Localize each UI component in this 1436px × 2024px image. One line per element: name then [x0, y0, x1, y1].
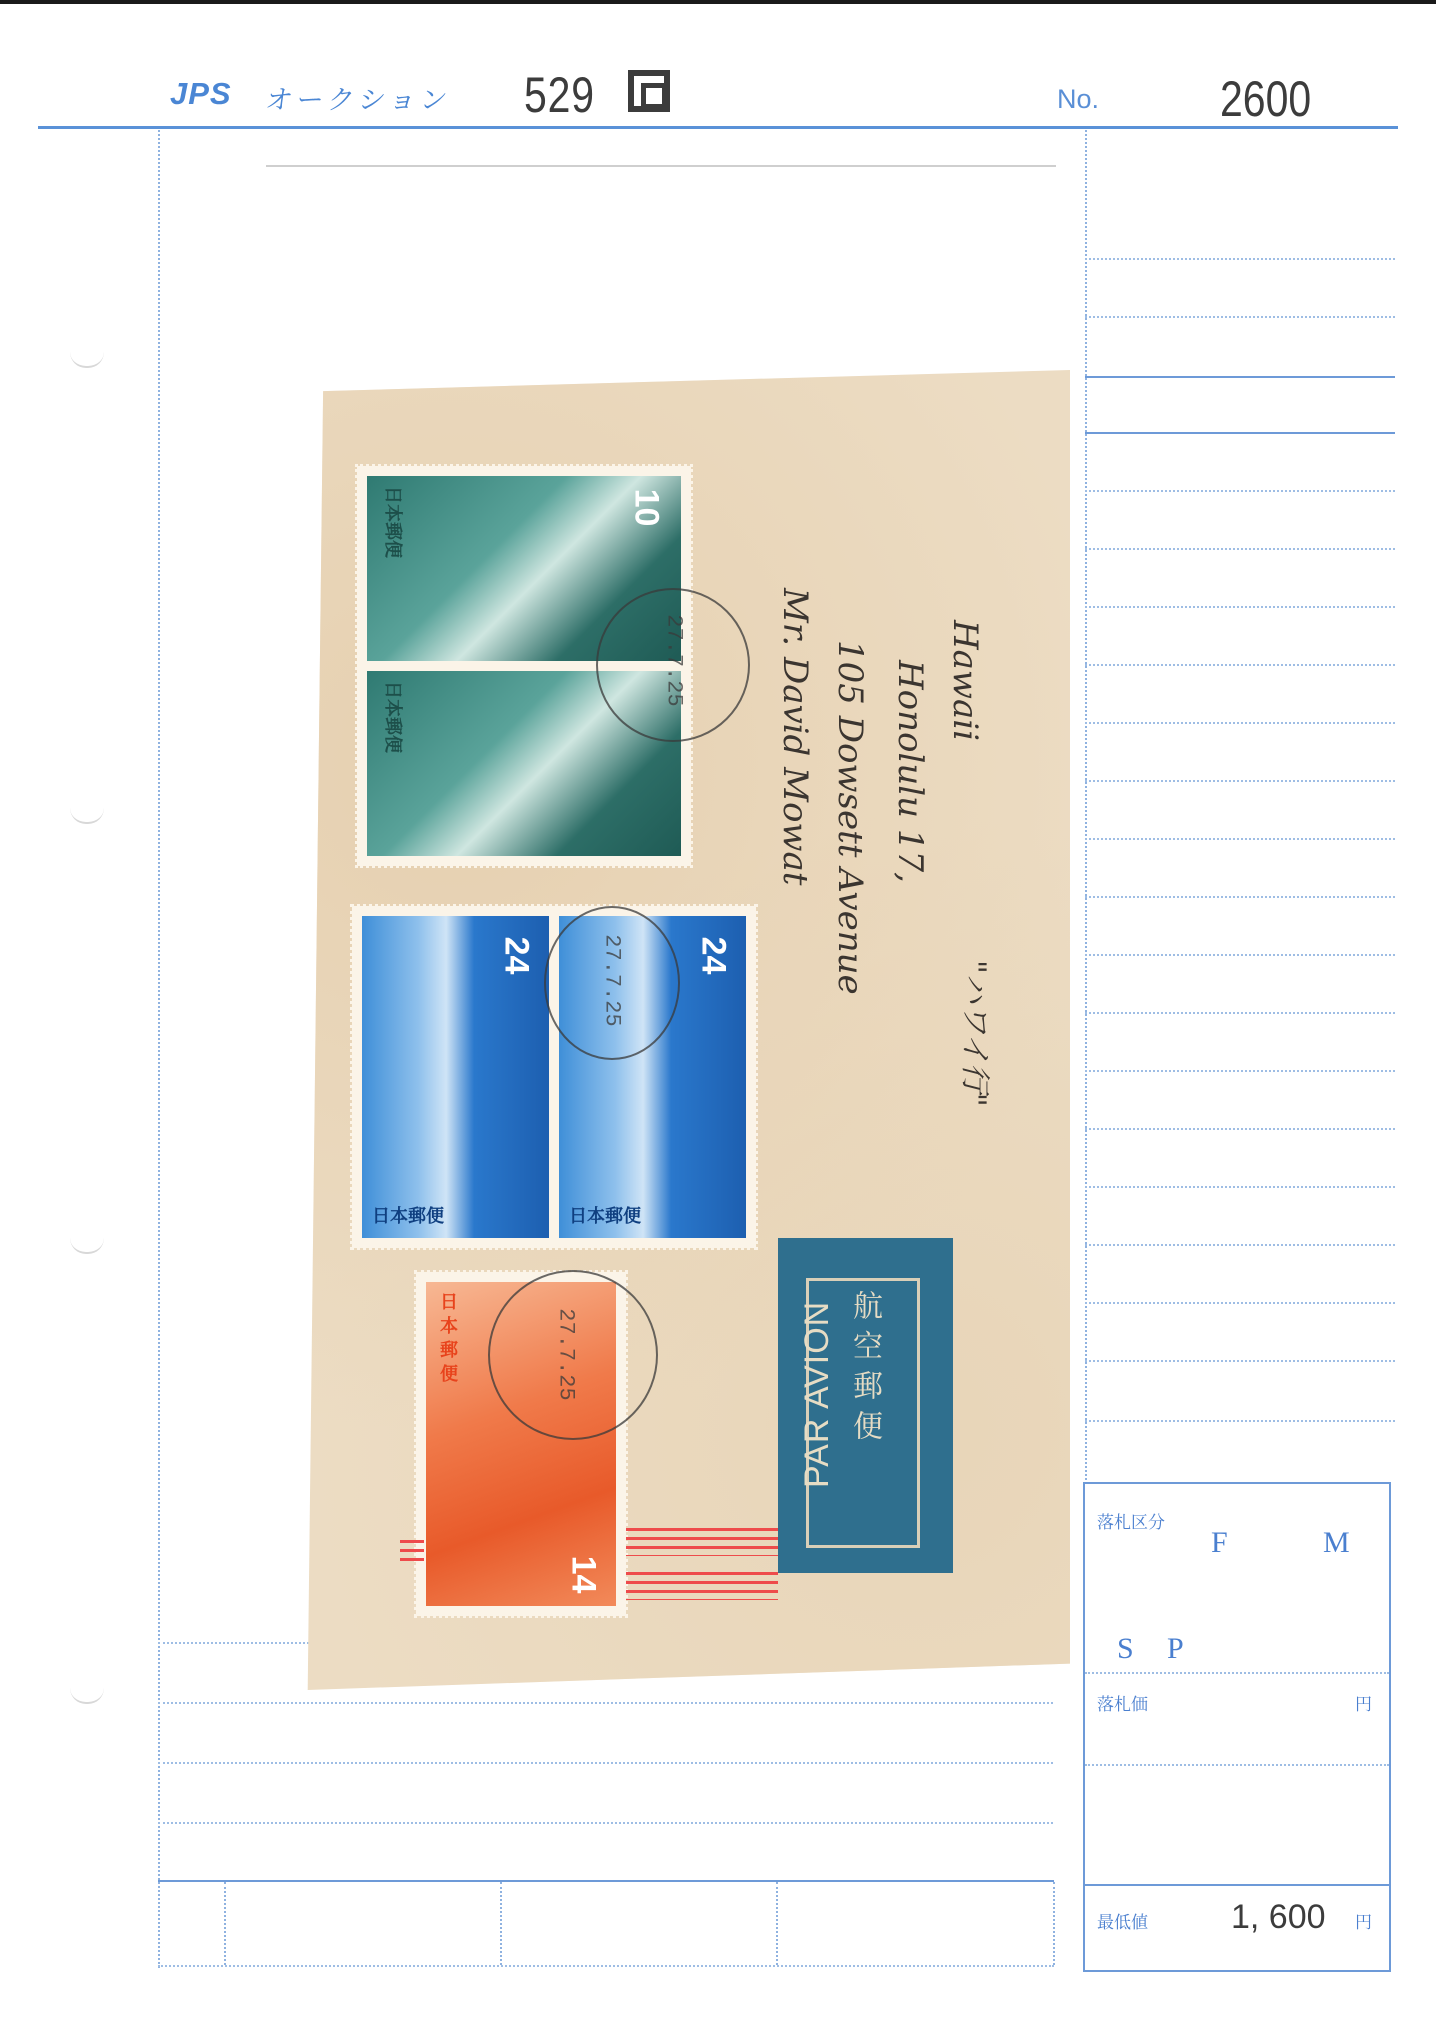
ruled-line: [1085, 896, 1395, 898]
ruled-line: [1085, 548, 1395, 550]
address-line-3: Honolulu 17,: [890, 660, 930, 883]
stamp-denomination: 24: [694, 937, 733, 975]
airmail-stripes: [400, 1540, 424, 1564]
bid-box-rule: [1085, 1884, 1389, 1886]
ruled-line: [1085, 258, 1395, 260]
stamp-inscription: 日本郵便: [434, 1292, 460, 1388]
punch-hole: [70, 808, 104, 824]
postmark-date: 27.7.25: [662, 614, 687, 706]
grid-divider: [500, 1882, 502, 1965]
grade-f[interactable]: F: [1211, 1526, 1228, 1560]
stamp-inscription: 日本郵便: [372, 1202, 444, 1228]
grade-m[interactable]: M: [1323, 1526, 1350, 1560]
ruled-line: [158, 1762, 1053, 1764]
address-line-4: Hawaii: [945, 620, 985, 741]
punch-hole: [70, 1238, 104, 1254]
stamp-blue-left: 24 日本郵便: [362, 916, 549, 1238]
ruled-line: [1085, 780, 1395, 782]
stamp-denomination: 24: [497, 937, 536, 975]
ruled-line: [158, 1642, 333, 1644]
stamp-inscription: 日本郵便: [381, 486, 407, 558]
grade-p[interactable]: P: [1167, 1632, 1184, 1666]
grid-top-rule: [158, 1880, 1054, 1882]
bid-box: 落札区分 F M S P 落札価 円 最低値 1, 600 円: [1083, 1482, 1391, 1972]
airmail-stripes: [626, 1528, 778, 1556]
ruled-line: [1085, 1420, 1395, 1422]
brand-name: JPS: [170, 76, 232, 112]
ruled-line: [1085, 1244, 1395, 1246]
ruled-line: [1085, 838, 1395, 840]
airmail-label: PAR AVION 航空郵便: [778, 1238, 953, 1573]
ruled-line: [1085, 1012, 1395, 1014]
airmail-label-japanese: 航空郵便: [846, 1290, 886, 1450]
ruled-line: [1085, 316, 1395, 318]
stamp-inscription: 日本郵便: [569, 1202, 641, 1228]
postmark-date: 27.7.25: [554, 1308, 579, 1400]
minimum-price-value: 1, 600: [1231, 1898, 1326, 1937]
grid-divider: [776, 1882, 778, 1965]
header-rule: [38, 126, 1398, 129]
ruled-line: [1085, 954, 1395, 956]
scan-top-edge: [0, 0, 1436, 4]
ruled-line: [1085, 376, 1395, 378]
punch-hole: [70, 352, 104, 368]
minimum-price-label: 最低値: [1097, 1908, 1148, 1933]
brand-suffix: オークション: [263, 78, 454, 117]
destination-annotation: "ハワイ行": [956, 960, 1000, 1107]
grade-s[interactable]: S: [1117, 1632, 1134, 1666]
bid-box-divider: [1085, 1764, 1389, 1766]
ruled-line: [1085, 1186, 1395, 1188]
stamp-denomination: 10: [627, 489, 666, 527]
stamp-inscription: 日本郵便: [381, 681, 407, 753]
grid-bottom-rule: [158, 1965, 1054, 1967]
punch-hole: [70, 1688, 104, 1704]
ruled-line: [1085, 432, 1395, 434]
postmark-cancel: 27.7.25: [488, 1270, 658, 1440]
display-area-top-rule: [266, 165, 1056, 167]
ruled-line: [158, 1702, 1053, 1704]
ruled-line: [1085, 1360, 1395, 1362]
postmark-cancel: 27.7.25: [544, 906, 680, 1060]
ruled-line: [1085, 606, 1395, 608]
session-suffix-kanji: [628, 70, 670, 112]
right-column-divider: [1085, 130, 1087, 1480]
lot-number-label: No.: [1057, 84, 1099, 115]
airmail-label-french: PAR AVION: [798, 1301, 837, 1488]
left-margin-line: [158, 130, 160, 1968]
ruled-line: [1085, 1302, 1395, 1304]
winning-price-label: 落札価: [1097, 1690, 1148, 1715]
grid-divider: [224, 1882, 226, 1965]
ruled-line: [1085, 1128, 1395, 1130]
stamp-denomination: 14: [564, 1556, 603, 1594]
ruled-line: [158, 1822, 1053, 1824]
ruled-line: [1085, 1070, 1395, 1072]
winning-price-field[interactable]: [1165, 1710, 1345, 1740]
lot-number: 2600: [1220, 70, 1311, 128]
ruled-line: [1085, 490, 1395, 492]
session-number: 529: [524, 66, 595, 124]
bid-box-divider: [1085, 1672, 1389, 1674]
ruled-line: [1085, 664, 1395, 666]
ruled-line: [1085, 722, 1395, 724]
airmail-stripes: [626, 1572, 778, 1600]
address-line-1: Mr. David Mowat: [775, 588, 815, 885]
grid-divider: [1053, 1882, 1055, 1965]
postmark-cancel: 27.7.25: [596, 588, 750, 742]
bid-category-label: 落札区分: [1097, 1508, 1165, 1533]
postmark-date: 27.7.25: [600, 934, 625, 1026]
address-line-2: 105 Dowsett Avenue: [830, 640, 870, 995]
winning-price-unit: 円: [1355, 1690, 1372, 1715]
minimum-price-unit: 円: [1355, 1908, 1372, 1933]
